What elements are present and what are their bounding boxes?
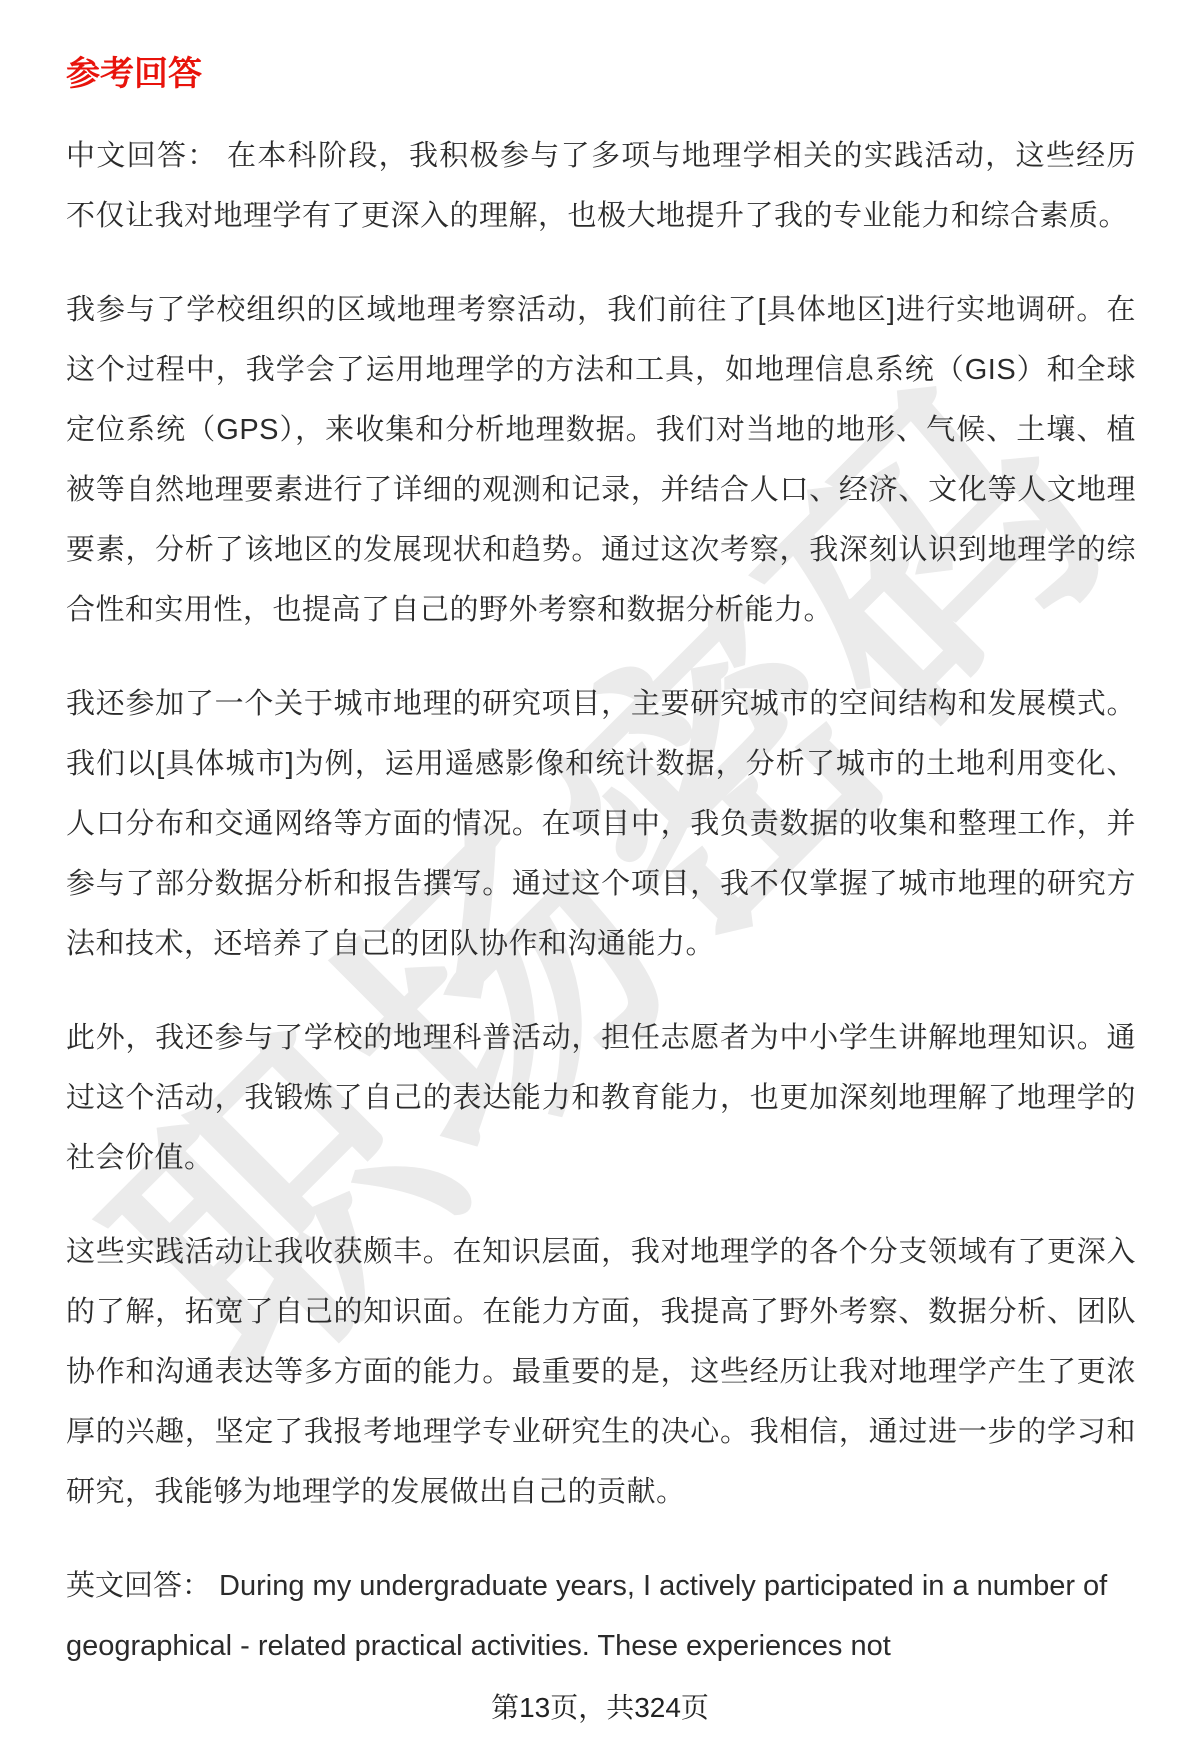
page-content: 参考回答 中文回答： 在本科阶段，我积极参与了多项与地理学相关的实践活动，这些经… bbox=[66, 52, 1136, 1676]
paragraph-field-trip: 我参与了学校组织的区域地理考察活动，我们前往了[具体地区]进行实地调研。在这个过… bbox=[66, 280, 1136, 640]
paragraph-en-answer: 英文回答： During my undergraduate years, I a… bbox=[66, 1556, 1136, 1676]
paragraph-cn-answer-intro: 中文回答： 在本科阶段，我积极参与了多项与地理学相关的实践活动，这些经历不仅让我… bbox=[66, 126, 1136, 246]
paragraph-science-outreach: 此外，我还参与了学校的地理科普活动，担任志愿者为中小学生讲解地理知识。通过这个活… bbox=[66, 1008, 1136, 1188]
page-number: 第13页，共324页 bbox=[0, 1691, 1200, 1725]
paragraph-gains-summary: 这些实践活动让我收获颇丰。在知识层面，我对地理学的各个分支领域有了更深入的了解，… bbox=[66, 1222, 1136, 1522]
document-page: 职场密码 参考回答 中文回答： 在本科阶段，我积极参与了多项与地理学相关的实践活… bbox=[0, 0, 1200, 1755]
paragraph-urban-research: 我还参加了一个关于城市地理的研究项目，主要研究城市的空间结构和发展模式。我们以[… bbox=[66, 674, 1136, 974]
section-heading: 参考回答 bbox=[66, 52, 1136, 96]
